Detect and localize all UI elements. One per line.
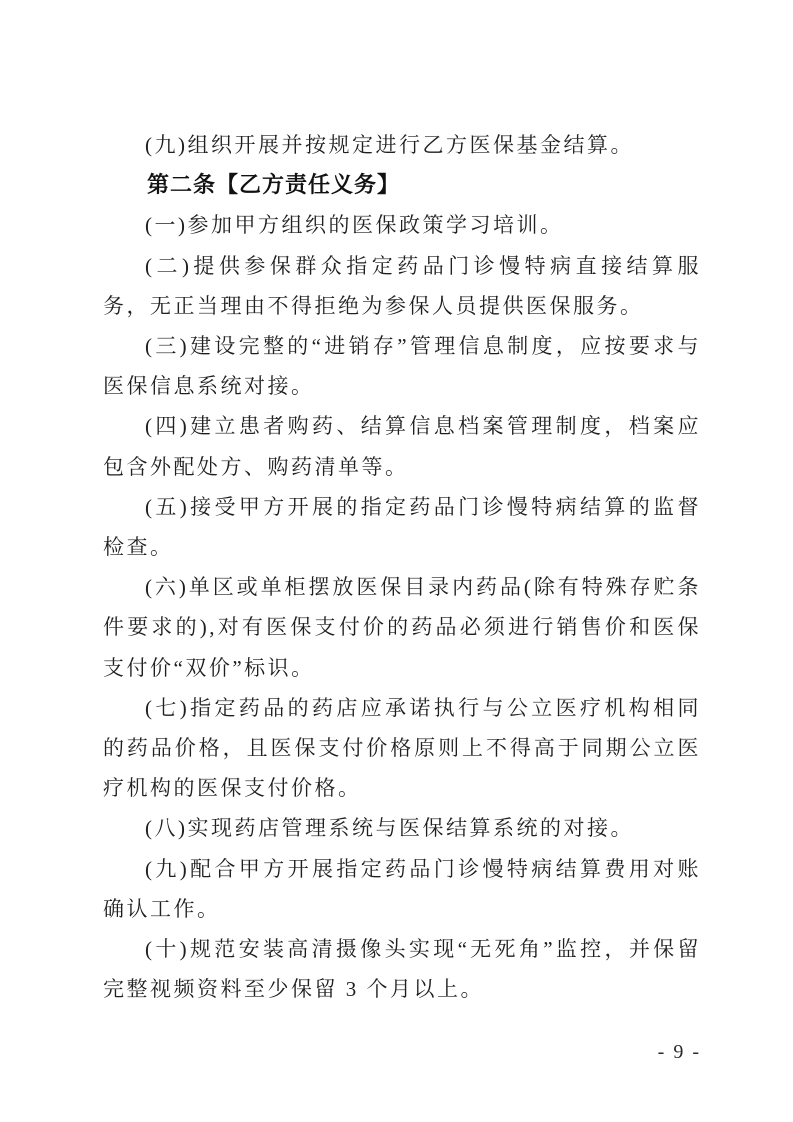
paragraph: (二)提供参保群众指定药品门诊慢特病直接结算服务，无正当理由不得拒绝为参保人员提… [103,246,701,326]
paragraph: (九)组织开展并按规定进行乙方医保基金结算。 [103,125,701,165]
paragraph: (五)接受甲方开展的指定药品门诊慢特病结算的监督检查。 [103,487,701,567]
paragraph: (四)建立患者购药、结算信息档案管理制度，档案应包含外配处方、购药清单等。 [103,406,701,486]
paragraph: (六)单区或单柜摆放医保目录内药品(除有特殊存贮条件要求的),对有医保支付价的药… [103,567,701,688]
document-body: (九)组织开展并按规定进行乙方医保基金结算。第二条【乙方责任义务】(一)参加甲方… [103,125,701,1009]
paragraph: (九)配合甲方开展指定药品门诊慢特病结算费用对账确认工作。 [103,849,701,929]
paragraph: (三)建设完整的“进销存”管理信息制度，应按要求与医保信息系统对接。 [103,326,701,406]
page-number: - 9 - [658,1041,701,1064]
paragraph: (八)实现药店管理系统与医保结算系统的对接。 [103,808,701,848]
paragraph: (七)指定药品的药店应承诺执行与公立医疗机构相同的药品价格，且医保支付价格原则上… [103,688,701,809]
paragraph: (一)参加甲方组织的医保政策学习培训。 [103,205,701,245]
paragraph: (十)规范安装高清摄像头实现“无死角”监控，并保留完整视频资料至少保留 3 个月… [103,929,701,1009]
document-page: (九)组织开展并按规定进行乙方医保基金结算。第二条【乙方责任义务】(一)参加甲方… [0,0,793,1122]
section-heading: 第二条【乙方责任义务】 [103,165,701,205]
